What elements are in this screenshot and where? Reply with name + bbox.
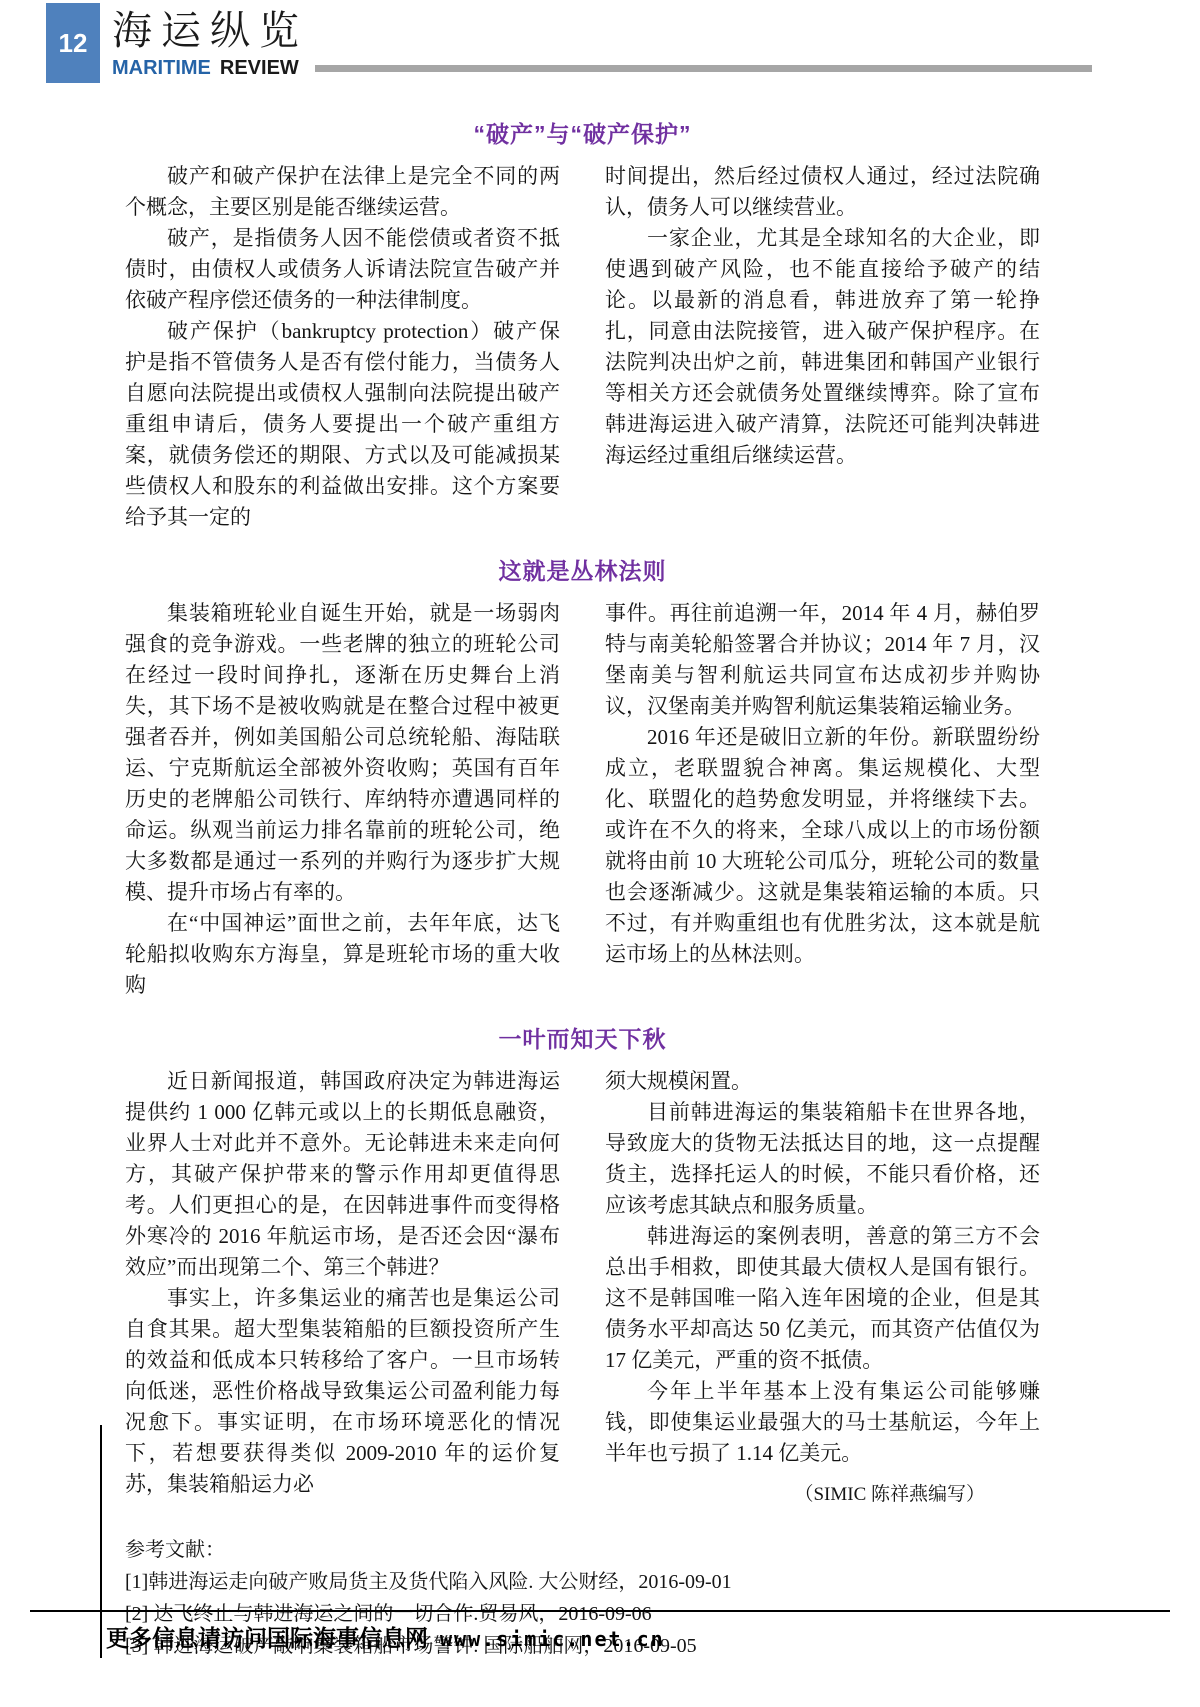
section-columns: 近日新闻报道，韩国政府决定为韩进海运提供约 1 000 亿韩元或以上的长期低息融…	[125, 1066, 1040, 1506]
section-bankruptcy: “破产”与“破产保护” 破产和破产保护在法律上是完全不同的两个概念，主要区别是能…	[125, 116, 1040, 533]
paragraph: 集装箱班轮业自诞生开始，就是一场弱肉强食的竞争游戏。一些老牌的独立的班轮公司在经…	[125, 598, 560, 908]
right-column: 事件。再往前追溯一年，2014 年 4 月，赫伯罗特与南美轮船签署合并协议；20…	[605, 598, 1040, 1001]
section-autumn-leaf: 一叶而知天下秋 近日新闻报道，韩国政府决定为韩进海运提供约 1 000 亿韩元或…	[125, 1021, 1040, 1506]
right-column: 时间提出，然后经过债权人通过，经过法院确认，债务人可以继续营业。一家企业，尤其是…	[605, 161, 1040, 533]
paragraph: 时间提出，然后经过债权人通过，经过法院确认，债务人可以继续营业。	[605, 161, 1040, 223]
paragraph: 破产保护（bankruptcy protection）破产保护是指不管债务人是否…	[125, 316, 560, 533]
paragraph: 今年上半年基本上没有集运公司能够赚钱，即使集运业最强大的马士基航运，今年上半年也…	[605, 1376, 1040, 1469]
magazine-subtitle: MARITIME REVIEW	[112, 57, 1092, 80]
magazine-title: 海运纵览	[112, 9, 1092, 53]
reference-item: [1]韩进海运走向破产败局货主及货代陷入风险. 大公财经，2016-09-01	[125, 1566, 1040, 1598]
header-titles: 海运纵览 MARITIME REVIEW	[112, 3, 1092, 83]
header-rule	[315, 65, 1092, 72]
left-margin-rule	[100, 1425, 102, 1658]
footer-url: www.simic.net.cn	[440, 1627, 665, 1651]
paragraph: 韩进海运的案例表明，善意的第三方不会总出手相救，即使其最大债权人是国有银行。这不…	[605, 1221, 1040, 1376]
left-column: 集装箱班轮业自诞生开始，就是一场弱肉强食的竞争游戏。一些老牌的独立的班轮公司在经…	[125, 598, 560, 1001]
page-footer: 更多信息请访问国际海事信息网 www.simic.net.cn	[106, 1620, 665, 1653]
paragraph: 破产和破产保护在法律上是完全不同的两个概念，主要区别是能否继续运营。	[125, 161, 560, 223]
paragraph: 事实上，许多集运业的痛苦也是集运公司自食其果。超大型集装箱船的巨额投资所产生的效…	[125, 1283, 560, 1500]
subtitle-review: REVIEW	[220, 57, 299, 80]
magazine-page: 12 海运纵览 MARITIME REVIEW “破产”与“破产保护” 破产和破…	[0, 0, 1200, 1707]
article-body: “破产”与“破产保护” 破产和破产保护在法律上是完全不同的两个概念，主要区别是能…	[125, 112, 1040, 1662]
footer-rule	[30, 1610, 1170, 1612]
left-column: 破产和破产保护在法律上是完全不同的两个概念，主要区别是能否继续运营。破产，是指债…	[125, 161, 560, 533]
footer-text: 更多信息请访问国际海事信息网	[106, 1620, 428, 1653]
author-attribution: （SIMIC 陈祥燕编写）	[605, 1479, 1040, 1506]
paragraph: 在“中国神运”面世之前，去年年底，达飞轮船拟收购东方海皇，算是班轮市场的重大收购	[125, 908, 560, 1001]
section-heading: 这就是丛林法则	[125, 553, 1040, 586]
paragraph: 近日新闻报道，韩国政府决定为韩进海运提供约 1 000 亿韩元或以上的长期低息融…	[125, 1066, 560, 1283]
paragraph: 2016 年还是破旧立新的年份。新联盟纷纷成立，老联盟貌合神离。集运规模化、大型…	[605, 722, 1040, 970]
right-column: 须大规模闲置。目前韩进海运的集装箱船卡在世界各地，导致庞大的货物无法抵达目的地，…	[605, 1066, 1040, 1506]
references-label: 参考文献：	[125, 1534, 1040, 1566]
paragraph: 事件。再往前追溯一年，2014 年 4 月，赫伯罗特与南美轮船签署合并协议；20…	[605, 598, 1040, 722]
page-number: 12	[46, 3, 100, 83]
paragraph: 破产，是指债务人因不能偿债或者资不抵债时，由债权人或债务人诉请法院宣告破产并依破…	[125, 223, 560, 316]
section-heading: “破产”与“破产保护”	[125, 116, 1040, 149]
section-jungle-law: 这就是丛林法则 集装箱班轮业自诞生开始，就是一场弱肉强食的竞争游戏。一些老牌的独…	[125, 553, 1040, 1001]
paragraph: 须大规模闲置。	[605, 1066, 1040, 1097]
section-columns: 破产和破产保护在法律上是完全不同的两个概念，主要区别是能否继续运营。破产，是指债…	[125, 161, 1040, 533]
paragraph: 目前韩进海运的集装箱船卡在世界各地，导致庞大的货物无法抵达目的地，这一点提醒货主…	[605, 1097, 1040, 1221]
section-heading: 一叶而知天下秋	[125, 1021, 1040, 1054]
paragraph: 一家企业，尤其是全球知名的大企业，即使遇到破产风险，也不能直接给予破产的结论。以…	[605, 223, 1040, 471]
left-column: 近日新闻报道，韩国政府决定为韩进海运提供约 1 000 亿韩元或以上的长期低息融…	[125, 1066, 560, 1506]
section-columns: 集装箱班轮业自诞生开始，就是一场弱肉强食的竞争游戏。一些老牌的独立的班轮公司在经…	[125, 598, 1040, 1001]
subtitle-maritime: MARITIME	[112, 57, 211, 80]
page-header: 12 海运纵览 MARITIME REVIEW	[46, 3, 1092, 83]
